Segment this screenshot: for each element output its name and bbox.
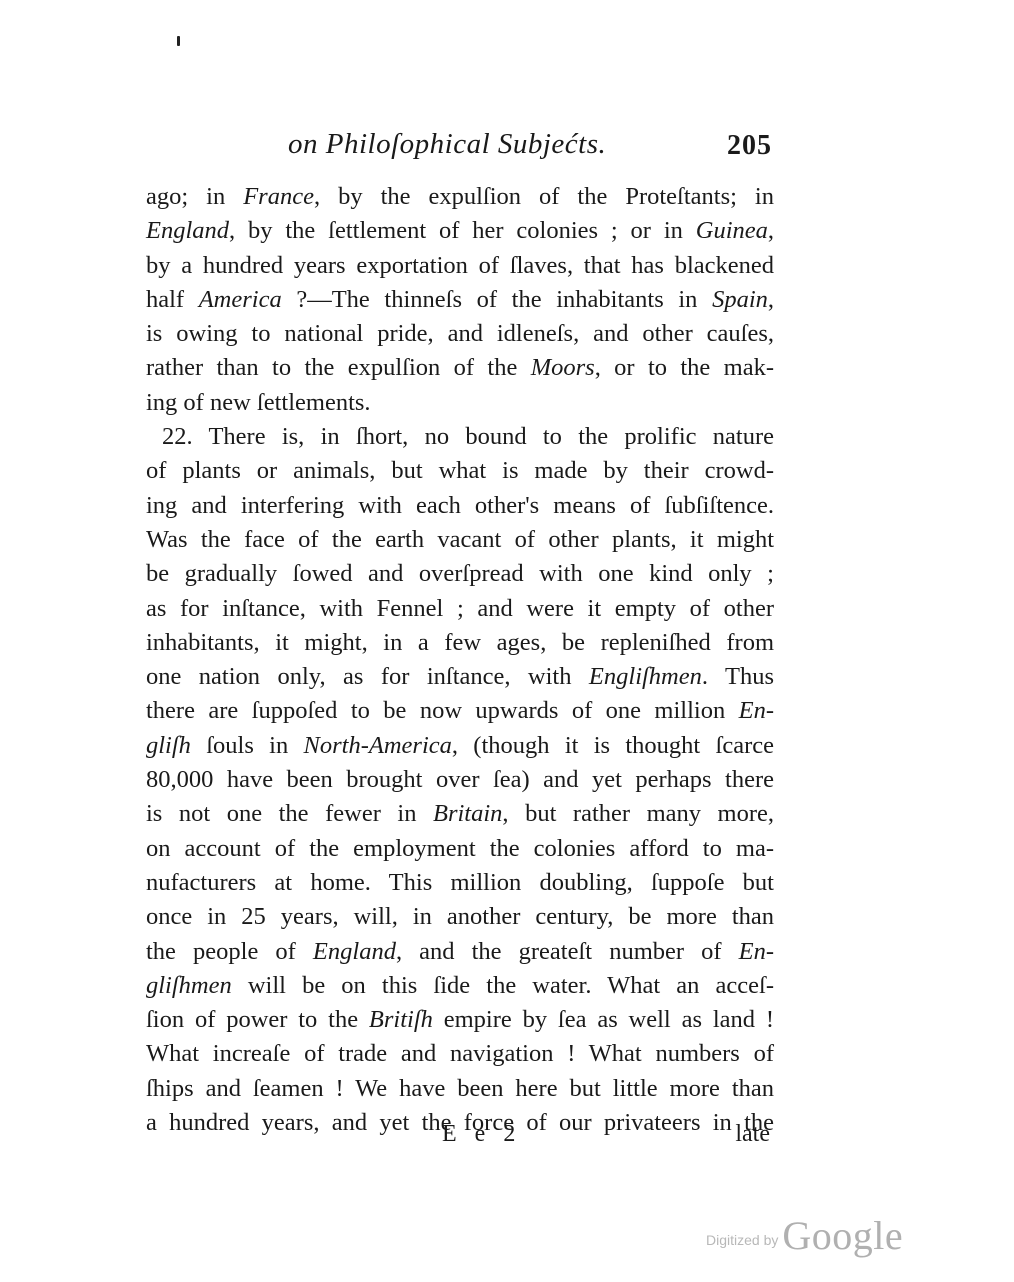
text-line: gliſhmen will be on this ſide the water.… [146,969,774,1003]
text-run: . Thus [702,663,774,690]
text-line: England, by the ſettlement of her coloni… [146,214,774,248]
text-line: half America ?—The thinneſs of the inhab… [146,283,774,317]
text-line: one nation only, as for inſtance, with E… [146,660,774,694]
text-line: there are ſuppoſed to be now upwards of … [146,694,774,728]
italic-text: Britiſh [369,1006,433,1033]
digitized-watermark: Digitized by Google [706,1212,903,1259]
italic-text: Engliſhmen [589,663,702,690]
text-line: ing of new ſettlements. [146,386,774,420]
text-run: , (though it is thought ſcarce [452,732,774,759]
italic-text: Spain [712,286,768,313]
text-run: What increaſe of trade and navigation ! … [146,1040,774,1067]
text-run: there are ſuppoſed to be now upwards of … [146,697,739,724]
signature-mark: E e 2 [442,1121,521,1148]
italic-text: England [313,938,396,965]
text-run: on account of the employment the colonie… [146,835,774,862]
text-run: ſhips and ſeamen ! We have been here but… [146,1075,774,1102]
catchword: late [735,1121,770,1148]
text-run: , by the ſettlement of her colonies ; or… [229,217,696,244]
text-line: the people of England, and the greateſt … [146,935,774,969]
text-run: , and the greateſt number of [396,938,739,965]
italic-text: Britain [433,800,502,827]
text-line: of plants or animals, but what is made b… [146,454,774,488]
watermark-brand-logo: Google [782,1213,903,1258]
text-run: ſouls in [191,732,304,759]
text-run: ſion of power to the [146,1006,369,1033]
text-run: ?—The thinneſs of the inhabitants in [282,286,712,313]
text-run: will be on this ſide the water. What an … [232,972,774,999]
italic-text: France [243,183,314,210]
text-run: one nation only, as for inſtance, with [146,663,589,690]
text-line: ago; in France, by the expulſion of the … [146,180,774,214]
text-run: Was the face of the earth vacant of othe… [146,526,774,553]
text-line: as for inſtance, with Fennel ; and were … [146,592,774,626]
text-run: 80,000 have been brought over ſea) and y… [146,766,774,793]
text-line: ing and interfering with each other's me… [146,489,774,523]
text-line: 22. There is, in ſhort, no bound to the … [146,420,774,454]
italic-text: gliſhmen [146,972,232,999]
italic-text: En- [739,697,774,724]
text-run: half [146,286,199,313]
text-line: rather than to the expulſion of the Moor… [146,351,774,385]
text-run: , or to the mak- [595,354,774,381]
text-line: is not one the fewer in Britain, but rat… [146,797,774,831]
text-run: of plants or animals, but what is made b… [146,457,774,484]
book-page: on Philoſophical Subjećts. 205 ago; in F… [0,0,1014,1282]
text-run: by a hundred years exportation of ſlaves… [146,252,774,279]
text-run: , by the expulſion of the Proteſtants; i… [314,183,774,210]
italic-text: Guinea [696,217,768,244]
text-line: ſion of power to the Britiſh empire by ſ… [146,1003,774,1037]
text-run: the people of [146,938,313,965]
ink-speck [177,36,180,46]
page-footer: E e 2 late [146,1121,774,1155]
text-run: inhabitants, it might, in a few ages, be… [146,629,774,656]
text-line: by a hundred years exportation of ſlaves… [146,249,774,283]
text-line: 80,000 have been brought over ſea) and y… [146,763,774,797]
text-line: inhabitants, it might, in a few ages, be… [146,626,774,660]
text-line: on account of the employment the colonie… [146,832,774,866]
text-run: as for inſtance, with Fennel ; and were … [146,595,774,622]
text-run: ing and interfering with each other's me… [146,492,774,519]
text-run: , [768,286,774,313]
text-line: What increaſe of trade and navigation ! … [146,1037,774,1071]
italic-text: gliſh [146,732,191,759]
running-head: on Philoſophical Subjećts. 205 [146,128,772,168]
text-line: once in 25 years, will, in another centu… [146,900,774,934]
text-run: , [768,217,774,244]
italic-text: Moors [531,354,595,381]
text-line: ſhips and ſeamen ! We have been here but… [146,1072,774,1106]
watermark-prefix: Digitized by [706,1232,778,1248]
page-number: 205 [727,130,772,162]
text-run: ing of new ſettlements. [146,389,371,416]
text-run: nufacturers at home. This million doubli… [146,869,774,896]
text-run: rather than to the expulſion of the [146,354,531,381]
text-line: gliſh ſouls in North-America, (though it… [146,729,774,763]
italic-text: North-America [304,732,452,759]
text-run: once in 25 years, will, in another centu… [146,903,774,930]
text-line: nufacturers at home. This million doubli… [146,866,774,900]
italic-text: America [199,286,282,313]
text-run: empire by ſea as well as land ! [433,1006,774,1033]
text-run: , but rather many more, [502,800,774,827]
italic-text: England [146,217,229,244]
italic-text: En- [739,938,774,965]
body-text: ago; in France, by the expulſion of the … [146,180,774,1140]
text-run: 22. There is, in ſhort, no bound to the … [162,423,774,450]
text-run: ago; in [146,183,243,210]
text-line: be gradually ſowed and overſpread with o… [146,557,774,591]
text-line: is owing to national pride, and idleneſs… [146,317,774,351]
text-run: is owing to national pride, and idleneſs… [146,320,774,347]
text-run: is not one the fewer in [146,800,433,827]
text-line: Was the face of the earth vacant of othe… [146,523,774,557]
text-run: be gradually ſowed and overſpread with o… [146,560,774,587]
running-title: on Philoſophical Subjećts. [288,128,606,161]
